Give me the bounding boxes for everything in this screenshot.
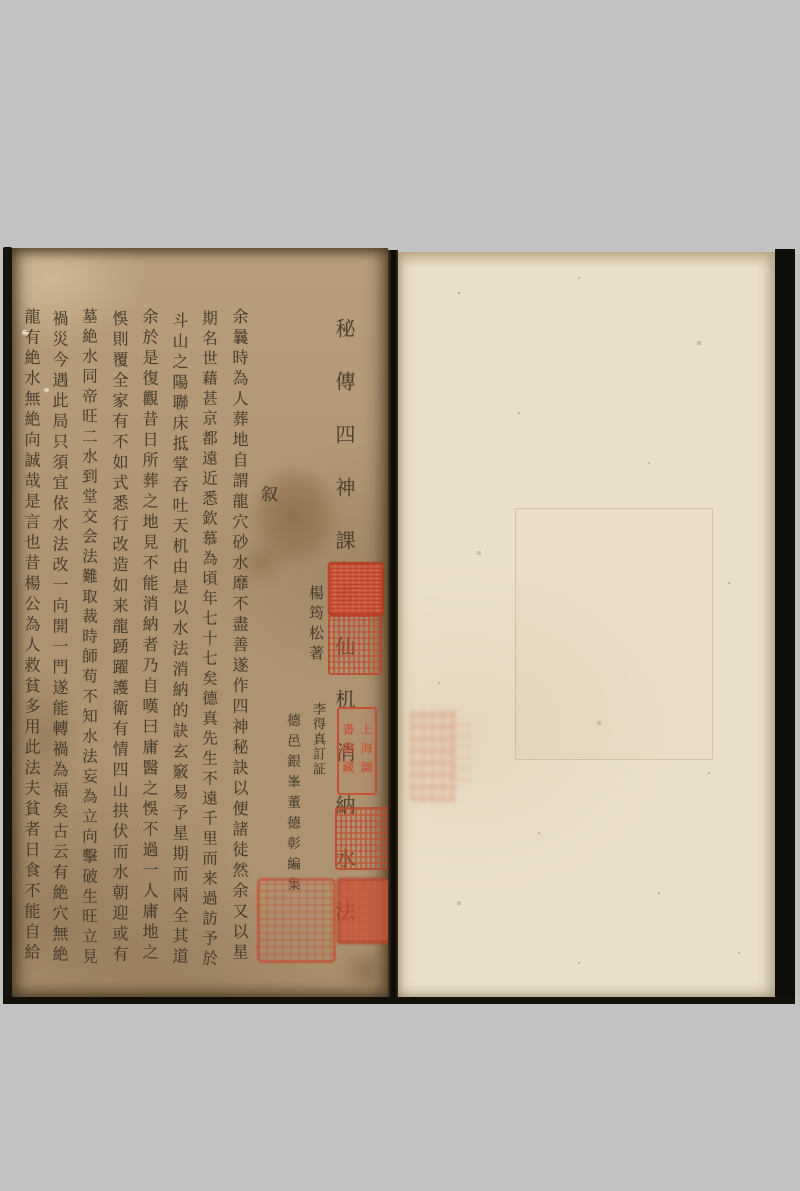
seal-bleedthrough xyxy=(450,722,472,782)
text-column-1: 余曩時為人葬地自謂龍穴砂水靡不盡善遂作四神秘訣以便諸徒然余又以星 xyxy=(228,308,251,1013)
shanghai-library-seal: 上海圖 書館藏 xyxy=(337,707,377,795)
text-column-6: 墓絶水同帝旺二水到堂交会法難取裁時師苟不知水法妄為立向擊破生旺立見 xyxy=(78,308,100,1013)
red-seal-stamp xyxy=(335,807,394,870)
book-edge-bottom xyxy=(3,997,795,1004)
seal-text-right-column: 上海圖 xyxy=(360,723,372,780)
text-column-8: 龍有絶水無絶向誠哉是言也昔楊公為人救貧多用此法夫貧者日食不能自給 xyxy=(20,308,43,1013)
compiler-attribution: 德邑銀峯董德彰編集 xyxy=(282,713,302,898)
text-column-5: 悞則覆全家有不如式悉行改造如来龍踴躍護衛有情四山拱伏而水朝迎或有 xyxy=(108,310,131,1015)
text-column-3: 斗山之陽聯床抵掌吞吐天机由是以水法消納的訣玄竅易予星期而兩全其道 xyxy=(168,312,191,1017)
page-gutter-shadow xyxy=(388,250,398,998)
author-attribution: 楊筠松著 xyxy=(306,585,327,665)
red-seal-stamp xyxy=(328,615,382,675)
red-seal-stamp xyxy=(328,562,384,616)
text-column-7: 禍災今遇此局只須宜依水法改一向開一門遂能轉禍為福矣古云有絶穴無絶 xyxy=(48,310,71,1015)
book-spine-edge-left xyxy=(3,247,12,1003)
paper-fibers xyxy=(398,252,400,254)
frame-impression xyxy=(515,508,713,760)
text-column-2: 期名世藉甚京都遠近悉欽慕為頃年七十七矣德真先生不遠千里而来過訪予於 xyxy=(198,310,220,1015)
right-page-blank xyxy=(398,252,775,998)
section-header: 叙 xyxy=(255,485,280,504)
editor-attribution: 李得真訂証 xyxy=(308,702,327,777)
scanned-book-spread: 秘傳四神課書仙机消納水法 叙 楊筠松著 李得真訂証 德邑銀峯董德彰編集 余曩時為… xyxy=(0,0,800,1191)
red-seal-stamp-outline xyxy=(257,878,336,963)
left-page-preface: 秘傳四神課書仙机消納水法 叙 楊筠松著 李得真訂証 德邑銀峯董德彰編集 余曩時為… xyxy=(12,248,388,998)
book-edge-right xyxy=(775,249,795,1002)
text-column-4: 余於是復觀昔日所葬之地見不能消納者乃自嘆曰庸醫之悞不過一人庸地之 xyxy=(138,308,161,1013)
water-stain xyxy=(248,463,340,569)
seal-text-left-column: 書館藏 xyxy=(342,723,354,780)
edge-stain-band xyxy=(398,252,775,268)
